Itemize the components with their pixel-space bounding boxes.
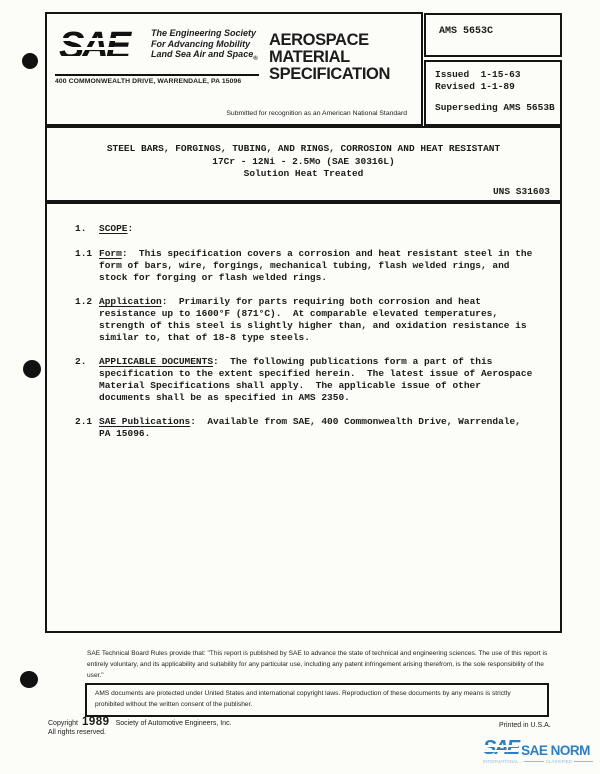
tagline-line: For Advancing Mobility: [151, 39, 258, 50]
uns-number: UNS S31603: [47, 186, 560, 197]
section-text: : Primarily for parts requiring both cor…: [162, 296, 481, 307]
copyright-year: 1989: [78, 716, 116, 728]
doc-type-line: AEROSPACE: [269, 32, 390, 49]
copyright-label: Copyright: [48, 720, 78, 727]
section-heading-line: APPLICABLE DOCUMENTS: The following publ…: [99, 356, 532, 368]
section-number: 2.1: [75, 416, 99, 440]
section-number: 1.1: [75, 248, 99, 284]
issue-revision-box: Issued 1-15-63 Revised 1-1-89 Supersedin…: [424, 60, 562, 126]
header-box: SAE The Engineering Society For Advancin…: [45, 12, 423, 126]
punch-mark-top: [22, 53, 38, 69]
copyright-owner: Society of Automotive Engineers, Inc.: [116, 720, 232, 727]
watermark-subtext-right: CLASSIFIED: [546, 759, 572, 764]
section-heading: Form: [99, 248, 122, 259]
section-text-line: resistance up to 1600°F (871°C). At comp…: [99, 308, 527, 320]
copyright-line: Copyright1989Society of Automotive Engin…: [48, 718, 232, 737]
logo-stripe: [57, 47, 147, 50]
sae-tagline: The Engineering Society For Advancing Mo…: [151, 28, 258, 64]
logo-stripe: [483, 745, 518, 747]
copyright-protection-box: AMS documents are protected under United…: [85, 683, 549, 717]
doc-type-line: MATERIAL: [269, 49, 390, 66]
section-form: 1.1 Form: This specification covers a co…: [75, 248, 558, 284]
punch-mark-middle: [23, 360, 41, 378]
section-text: : Available from SAE, 400 Commonwealth D…: [190, 416, 521, 427]
section-text: : The following publications form a part…: [213, 356, 492, 367]
section-text-line: documents shall be as specified in AMS 2…: [99, 392, 532, 404]
issued-date: Issued 1-15-63: [426, 62, 560, 81]
specification-title-box: STEEL BARS, FORGINGS, TUBING, AND RINGS,…: [45, 126, 562, 202]
ansi-submission-note: Submitted for recognition as an American…: [226, 110, 407, 117]
specification-body: 1. SCOPE: 1.1 Form: This specification c…: [49, 206, 558, 452]
printed-in-usa: Printed in U.S.A.: [499, 722, 551, 729]
sae-logo: SAE: [59, 26, 147, 68]
section-text-line: Material Specifications shall apply. The…: [99, 380, 532, 392]
section-heading-line: Application: Primarily for parts requiri…: [99, 296, 527, 308]
watermark-subtext-left: INTERNATIONAL...: [483, 759, 522, 764]
doc-type-line: SPECIFICATION: [269, 66, 390, 83]
revised-date: Revised 1-1-89: [426, 81, 560, 93]
section-applicable-documents: 2. APPLICABLE DOCUMENTS: The following p…: [75, 356, 558, 404]
section-number: 1.2: [75, 296, 99, 344]
watermark-subtext: INTERNATIONAL... CLASSIFIED: [483, 759, 595, 764]
document-type-title: AEROSPACE MATERIAL SPECIFICATION: [269, 32, 390, 83]
section-scope: 1. SCOPE:: [75, 223, 558, 235]
sae-logo-text: SAE: [59, 25, 128, 67]
superseding-note: Superseding AMS 5653B: [426, 92, 560, 113]
section-number: 2.: [75, 356, 99, 404]
tagline-line: The Engineering Society: [151, 28, 258, 39]
section-text-line: stock for forging or flash welded rings.: [99, 272, 532, 284]
section-heading-line: SAE Publications: Available from SAE, 40…: [99, 416, 521, 428]
title-line-1: STEEL BARS, FORGINGS, TUBING, AND RINGS,…: [47, 128, 560, 156]
document-number-box: AMS 5653C: [424, 13, 562, 57]
technical-board-rules-note: SAE Technical Board Rules provide that: …: [87, 648, 550, 681]
section-heading: SCOPE: [99, 223, 128, 234]
sae-norm-logo: SAE: [483, 738, 518, 758]
logo-stripe: [57, 56, 147, 59]
section-heading: SAE Publications: [99, 416, 190, 427]
section-text: : This specification covers a corrosion …: [122, 248, 532, 259]
logo-stripe: [483, 750, 518, 752]
tagline-line: Land Sea Air and Space®: [151, 49, 258, 64]
section-application: 1.2 Application: Primarily for parts req…: [75, 296, 558, 344]
section-heading-line: Form: This specification covers a corros…: [99, 248, 532, 260]
section-text-line: form of bars, wire, forgings, mechanical…: [99, 260, 532, 272]
document-number: AMS 5653C: [426, 15, 560, 37]
title-line-2: 17Cr - 12Ni - 2.5Mo (SAE 30316L): [47, 156, 560, 169]
section-text: :: [128, 223, 134, 234]
specification-body-box: 1. SCOPE: 1.1 Form: This specification c…: [45, 202, 562, 633]
section-text-line: PA 15096.: [99, 428, 521, 440]
sae-address: 400 COMMONWEALTH DRIVE, WARRENDALE, PA 1…: [55, 78, 241, 85]
scanned-specification-page: { "colors": { "ink": "#1c1c1c", "page_ba…: [0, 0, 600, 774]
rights-reserved: All rights reserved.: [48, 728, 232, 737]
section-text-line: similar to, that of 18-8 type steels.: [99, 332, 527, 344]
section-sae-publications: 2.1 SAE Publications: Available from SAE…: [75, 416, 558, 440]
section-text-line: specification to the extent specified he…: [99, 368, 532, 380]
section-heading-line: SCOPE:: [99, 223, 133, 235]
sae-norm-name: SAE NORM: [521, 743, 590, 758]
title-line-3: Solution Heat Treated: [47, 168, 560, 181]
section-heading: APPLICABLE DOCUMENTS: [99, 356, 213, 367]
registered-mark: ®: [253, 56, 257, 62]
section-text-line: strength of this steel is slightly highe…: [99, 320, 527, 332]
logo-stripe: [57, 38, 147, 41]
punch-mark-bottom: [20, 671, 38, 688]
address-divider: [55, 74, 259, 76]
section-number: 1.: [75, 223, 99, 235]
sae-norm-watermark: SAE SAE NORM INTERNATIONAL... CLASSIFIED: [483, 738, 595, 764]
section-heading: Application: [99, 296, 162, 307]
